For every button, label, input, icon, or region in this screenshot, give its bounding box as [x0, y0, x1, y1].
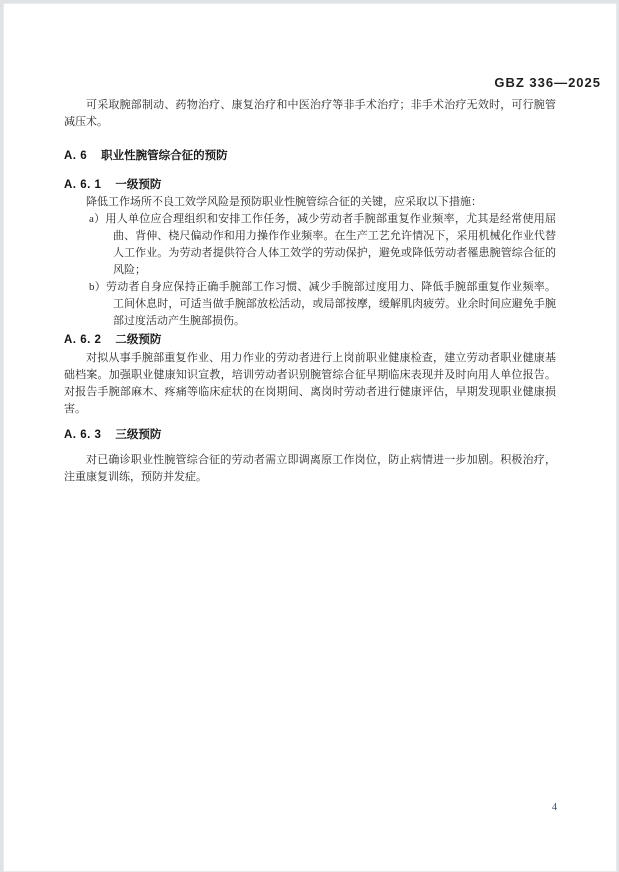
- page-number: 4: [552, 802, 557, 813]
- section-heading-a6: A. 6职业性腕管综合征的预防: [64, 148, 556, 165]
- section-heading-a62: A. 6. 2二级预防: [64, 332, 556, 349]
- section-title: 二级预防: [115, 334, 161, 346]
- document-page: GBZ 336—2025 可采取腕部制动、药物治疗、康复治疗和中医治疗等非手术治…: [3, 3, 617, 872]
- section-heading-a63: A. 6. 3三级预防: [64, 427, 556, 444]
- list-text: 劳动者自身应保持正确手腕部工作习惯、减少手腕部过度用力、降低手腕部重复作业频率。…: [106, 281, 556, 327]
- section-number: A. 6. 3: [64, 429, 101, 441]
- paragraph-a61-intro: 降低工作场所不良工效学风险是预防职业性腕管综合征的关键，应采取以下措施：: [64, 194, 556, 211]
- list-text: 用人单位应合理组织和安排工作任务，减少劳动者手腕部重复作业频率，尤其是经常使用屈…: [105, 213, 556, 276]
- list-marker: b）: [89, 281, 106, 293]
- list-item-b: b）劳动者自身应保持正确手腕部工作习惯、减少手腕部过度用力、降低手腕部重复作业频…: [113, 279, 556, 330]
- section-title: 职业性腕管综合征的预防: [101, 150, 228, 162]
- paragraph-a62: 对拟从事手腕部重复作业、用力作业的劳动者进行上岗前职业健康检查，建立劳动者职业健…: [64, 350, 556, 418]
- list-marker: a）: [89, 213, 105, 225]
- section-number: A. 6: [64, 150, 87, 162]
- paragraph-a63: 对已确诊职业性腕管综合征的劳动者需立即调离原工作岗位，防止病情进一步加剧。积极治…: [64, 452, 556, 486]
- section-number: A. 6. 1: [64, 179, 101, 191]
- section-title: 三级预防: [115, 429, 161, 441]
- section-title: 一级预防: [115, 179, 161, 191]
- standard-code-header: GBZ 336—2025: [494, 75, 601, 90]
- paragraph-treatment: 可采取腕部制动、药物治疗、康复治疗和中医治疗等非手术治疗；非手术治疗无效时，可行…: [64, 97, 556, 131]
- section-number: A. 6. 2: [64, 334, 101, 346]
- document-body: 可采取腕部制动、药物治疗、康复治疗和中医治疗等非手术治疗；非手术治疗无效时，可行…: [64, 97, 556, 486]
- section-heading-a61: A. 6. 1一级预防: [64, 177, 556, 194]
- measure-list: a）用人单位应合理组织和安排工作任务，减少劳动者手腕部重复作业频率，尤其是经常使…: [64, 211, 556, 330]
- list-item-a: a）用人单位应合理组织和安排工作任务，减少劳动者手腕部重复作业频率，尤其是经常使…: [113, 211, 556, 279]
